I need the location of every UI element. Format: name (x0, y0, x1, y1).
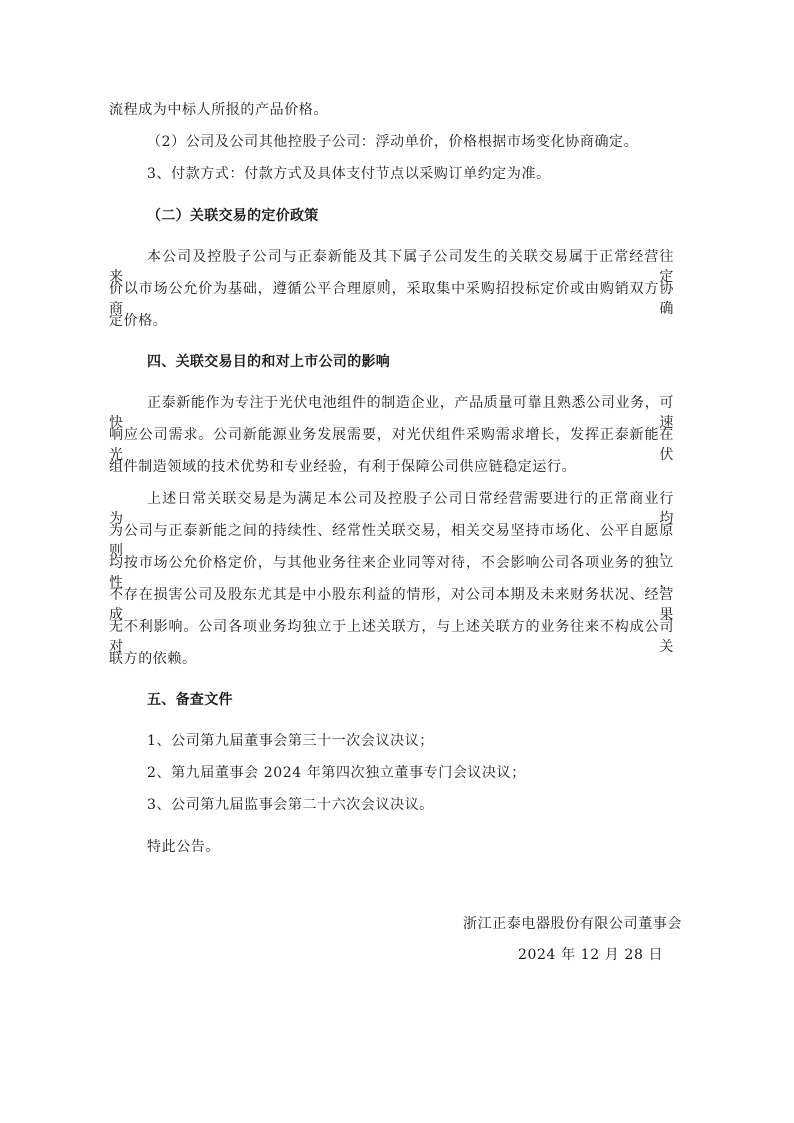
reference-doc-item-3: 3、公司第九届监事会第二十六次会议决议。 (147, 795, 434, 815)
section-four-p1-line-3: 组件制造领域的技术优势和专业经验，有利于保障公司供应链稳定运行。 (109, 457, 576, 477)
pricing-policy-line-2: 价以市场公允价为基础，遵循公平合理原则，采取集中采购招投标定价或由购销双方协商确 (109, 279, 674, 319)
continuation-line: 流程成为中标人所报的产品价格。 (109, 100, 328, 120)
section-heading-four: 四、关联交易目的和对上市公司的影响 (147, 352, 390, 372)
signature-date: 2024 年 12 月 28 日 (518, 945, 663, 965)
pricing-policy-line-3: 定价格。 (109, 311, 167, 331)
closing-statement: 特此公告。 (147, 837, 220, 857)
reference-doc-item-1: 1、公司第九届董事会第三十一次会议决议； (147, 731, 434, 751)
payment-method-item: 3、付款方式：付款方式及具体支付节点以采购订单约定为准。 (147, 164, 551, 184)
pricing-item-2: （2）公司及公司其他控股子公司：浮动单价，价格根据市场变化协商确定。 (147, 132, 638, 152)
section-heading-five: 五、备查文件 (147, 690, 233, 710)
reference-doc-item-2: 2、第九届董事会 2024 年第四次独立董事专门会议决议； (147, 763, 526, 783)
section-heading-pricing-policy: （二）关联交易的定价政策 (147, 206, 319, 226)
section-four-p2-line-6: 联方的依赖。 (109, 649, 197, 669)
signature-organization: 浙江正泰电器股份有限公司董事会 (463, 914, 682, 934)
